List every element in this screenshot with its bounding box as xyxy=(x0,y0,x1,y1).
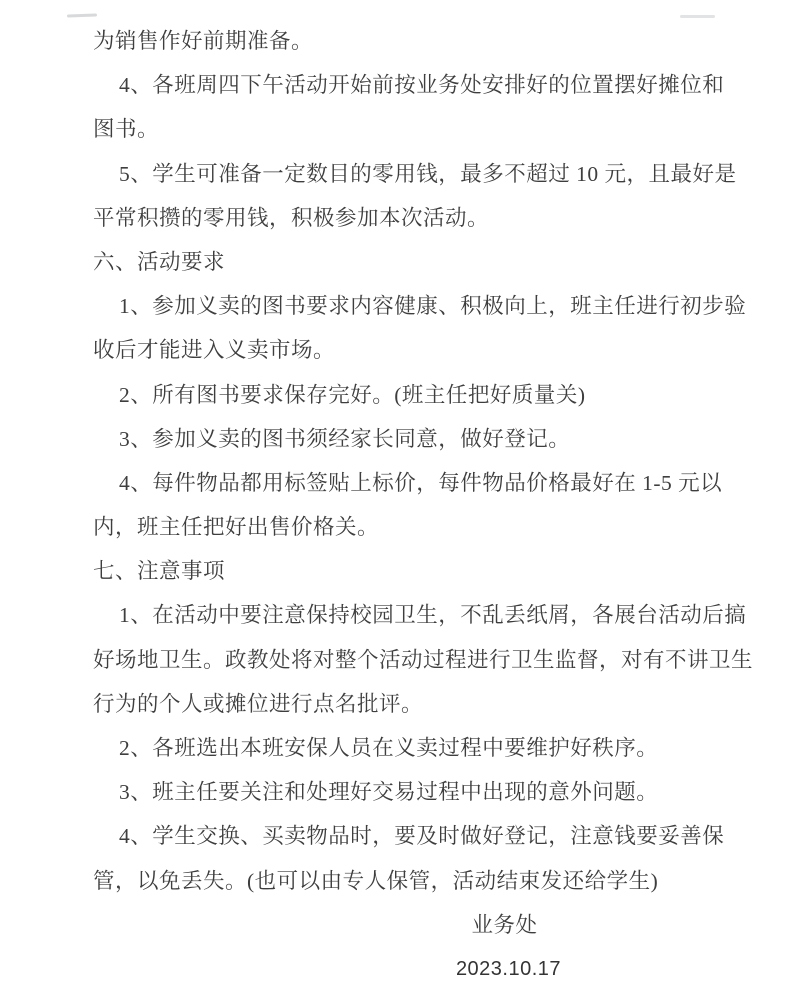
text-line: 5、学生可准备一定数目的零用钱，最多不超过 10 元，且最好是 xyxy=(93,152,702,196)
scan-artifact-mark-left xyxy=(67,13,97,17)
document-page: 为销售作好前期准备。 4、各班周四下午活动开始前按业务处安排好的位置摆好摊位和 … xyxy=(0,0,792,999)
signature: 业务处 xyxy=(200,903,792,947)
scan-artifact-mark-right xyxy=(680,15,715,18)
date: 2023.10.17 xyxy=(204,947,792,991)
text-line: 收后才能进入义卖市场。 xyxy=(93,328,702,372)
text-line: 1、参加义卖的图书要求内容健康、积极向上，班主任进行初步验 xyxy=(93,284,702,328)
text-line: 4、每件物品都用标签贴上标价，每件物品价格最好在 1-5 元以 xyxy=(93,461,702,505)
text-line: 3、参加义卖的图书须经家长同意，做好登记。 xyxy=(93,417,702,461)
text-line: 2、各班选出本班安保人员在义卖过程中要维护好秩序。 xyxy=(93,726,702,770)
text-line: 4、各班周四下午活动开始前按业务处安排好的位置摆好摊位和 xyxy=(93,63,702,107)
text-line: 4、学生交换、买卖物品时，要及时做好登记，注意钱要妥善保 xyxy=(93,814,702,858)
section-heading: 七、注意事项 xyxy=(93,549,702,593)
section-heading: 六、活动要求 xyxy=(93,240,702,284)
text-line: 平常积攒的零用钱，积极参加本次活动。 xyxy=(93,196,702,240)
text-line: 管，以免丢失。(也可以由专人保管，活动结束发还给学生) xyxy=(93,859,702,903)
text-line: 行为的个人或摊位进行点名批评。 xyxy=(93,682,702,726)
text-line: 2、所有图书要求保存完好。(班主任把好质量关) xyxy=(93,373,702,417)
text-line: 内，班主任把好出售价格关。 xyxy=(93,505,702,549)
text-line: 好场地卫生。政教处将对整个活动过程进行卫生监督，对有不讲卫生 xyxy=(93,638,702,682)
text-line: 为销售作好前期准备。 xyxy=(93,19,702,63)
text-line: 1、在活动中要注意保持校园卫生，不乱丢纸屑，各展台活动后搞 xyxy=(93,593,702,637)
text-line: 3、班主任要关注和处理好交易过程中出现的意外问题。 xyxy=(93,770,702,814)
text-line: 图书。 xyxy=(93,107,702,151)
document-body: 为销售作好前期准备。 4、各班周四下午活动开始前按业务处安排好的位置摆好摊位和 … xyxy=(93,19,702,991)
